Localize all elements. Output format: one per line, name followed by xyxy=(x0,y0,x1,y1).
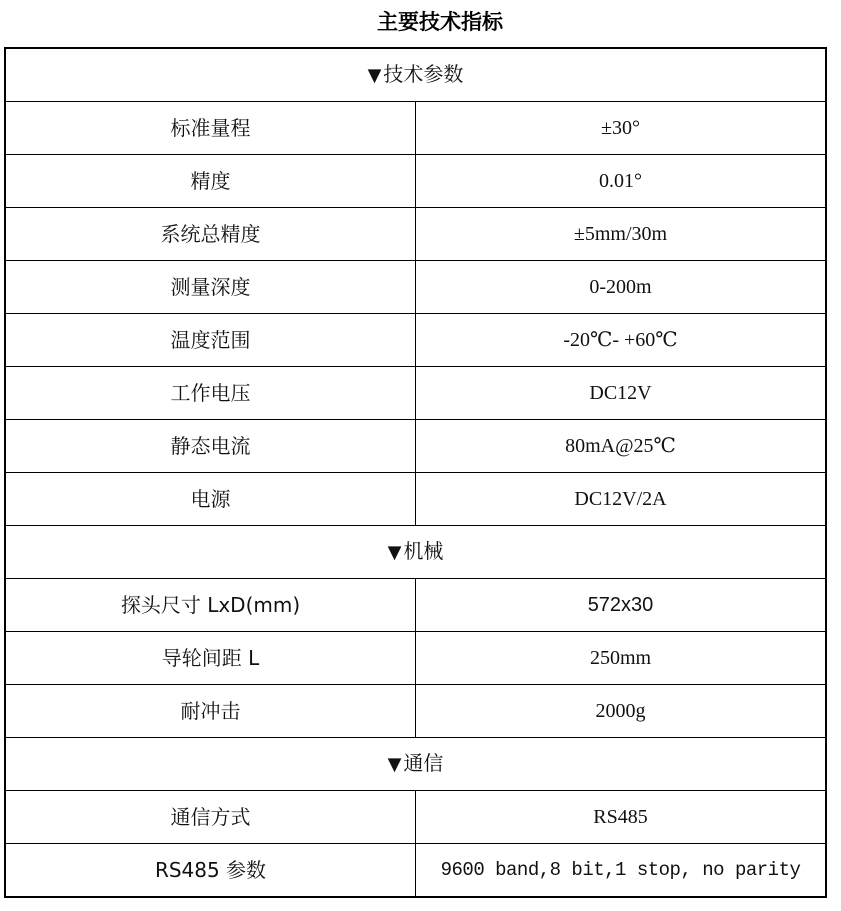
section-header-row: ▼通信 xyxy=(5,738,826,791)
spec-label: 标准量程 xyxy=(5,102,416,155)
spec-value: 80mA@25℃ xyxy=(416,420,827,473)
spec-table: ▼技术参数 标准量程 ±30° 精度 0.01° 系统总精度 ±5mm/30m … xyxy=(4,47,827,898)
section-header-row: ▼机械 xyxy=(5,526,826,579)
spec-label: 精度 xyxy=(5,155,416,208)
section-header-mechanical: ▼机械 xyxy=(5,526,826,579)
table-row: 耐冲击 2000g xyxy=(5,685,826,738)
triangle-down-icon: ▼ xyxy=(388,542,402,563)
table-row: 温度范围 -20℃- +60℃ xyxy=(5,314,826,367)
section-heading: 机械 xyxy=(403,539,443,563)
spec-value: 250mm xyxy=(416,632,827,685)
spec-label: 静态电流 xyxy=(5,420,416,473)
table-row: 精度 0.01° xyxy=(5,155,826,208)
spec-label: 温度范围 xyxy=(5,314,416,367)
spec-value: DC12V xyxy=(416,367,827,420)
spec-value: 0.01° xyxy=(416,155,827,208)
spec-label: 系统总精度 xyxy=(5,208,416,261)
table-row: 工作电压 DC12V xyxy=(5,367,826,420)
spec-label: 测量深度 xyxy=(5,261,416,314)
document-title: 主要技术指标 xyxy=(0,6,841,38)
table-row: 电源 DC12V/2A xyxy=(5,473,826,526)
spec-value: 9600 band,8 bit,1 stop, no parity xyxy=(416,844,827,898)
spec-value: ±5mm/30m xyxy=(416,208,827,261)
table-row: 系统总精度 ±5mm/30m xyxy=(5,208,826,261)
table-row: 静态电流 80mA@25℃ xyxy=(5,420,826,473)
spec-label: 电源 xyxy=(5,473,416,526)
spec-value: ±30° xyxy=(416,102,827,155)
triangle-down-icon: ▼ xyxy=(368,65,382,86)
spec-value: DC12V/2A xyxy=(416,473,827,526)
table-row: 测量深度 0-200m xyxy=(5,261,826,314)
spec-label: 导轮间距 L xyxy=(5,632,416,685)
spec-value: 0-200m xyxy=(416,261,827,314)
section-heading: 通信 xyxy=(403,751,443,775)
section-header-technical: ▼技术参数 xyxy=(5,48,826,102)
table-row: 导轮间距 L 250mm xyxy=(5,632,826,685)
table-row: 探头尺寸 LxD(mm) 572x30 xyxy=(5,579,826,632)
table-row: 通信方式 RS485 xyxy=(5,791,826,844)
triangle-down-icon: ▼ xyxy=(388,754,402,775)
spec-value: 572x30 xyxy=(416,579,827,632)
spec-label: 工作电压 xyxy=(5,367,416,420)
section-header-row: ▼技术参数 xyxy=(5,48,826,102)
table-row: RS485 参数 9600 band,8 bit,1 stop, no pari… xyxy=(5,844,826,898)
section-header-communication: ▼通信 xyxy=(5,738,826,791)
spec-label: RS485 参数 xyxy=(5,844,416,898)
spec-label: 耐冲击 xyxy=(5,685,416,738)
spec-label: 通信方式 xyxy=(5,791,416,844)
table-row: 标准量程 ±30° xyxy=(5,102,826,155)
spec-value: RS485 xyxy=(416,791,827,844)
spec-value: 2000g xyxy=(416,685,827,738)
section-heading: 技术参数 xyxy=(383,62,463,86)
spec-label: 探头尺寸 LxD(mm) xyxy=(5,579,416,632)
spec-value: -20℃- +60℃ xyxy=(416,314,827,367)
